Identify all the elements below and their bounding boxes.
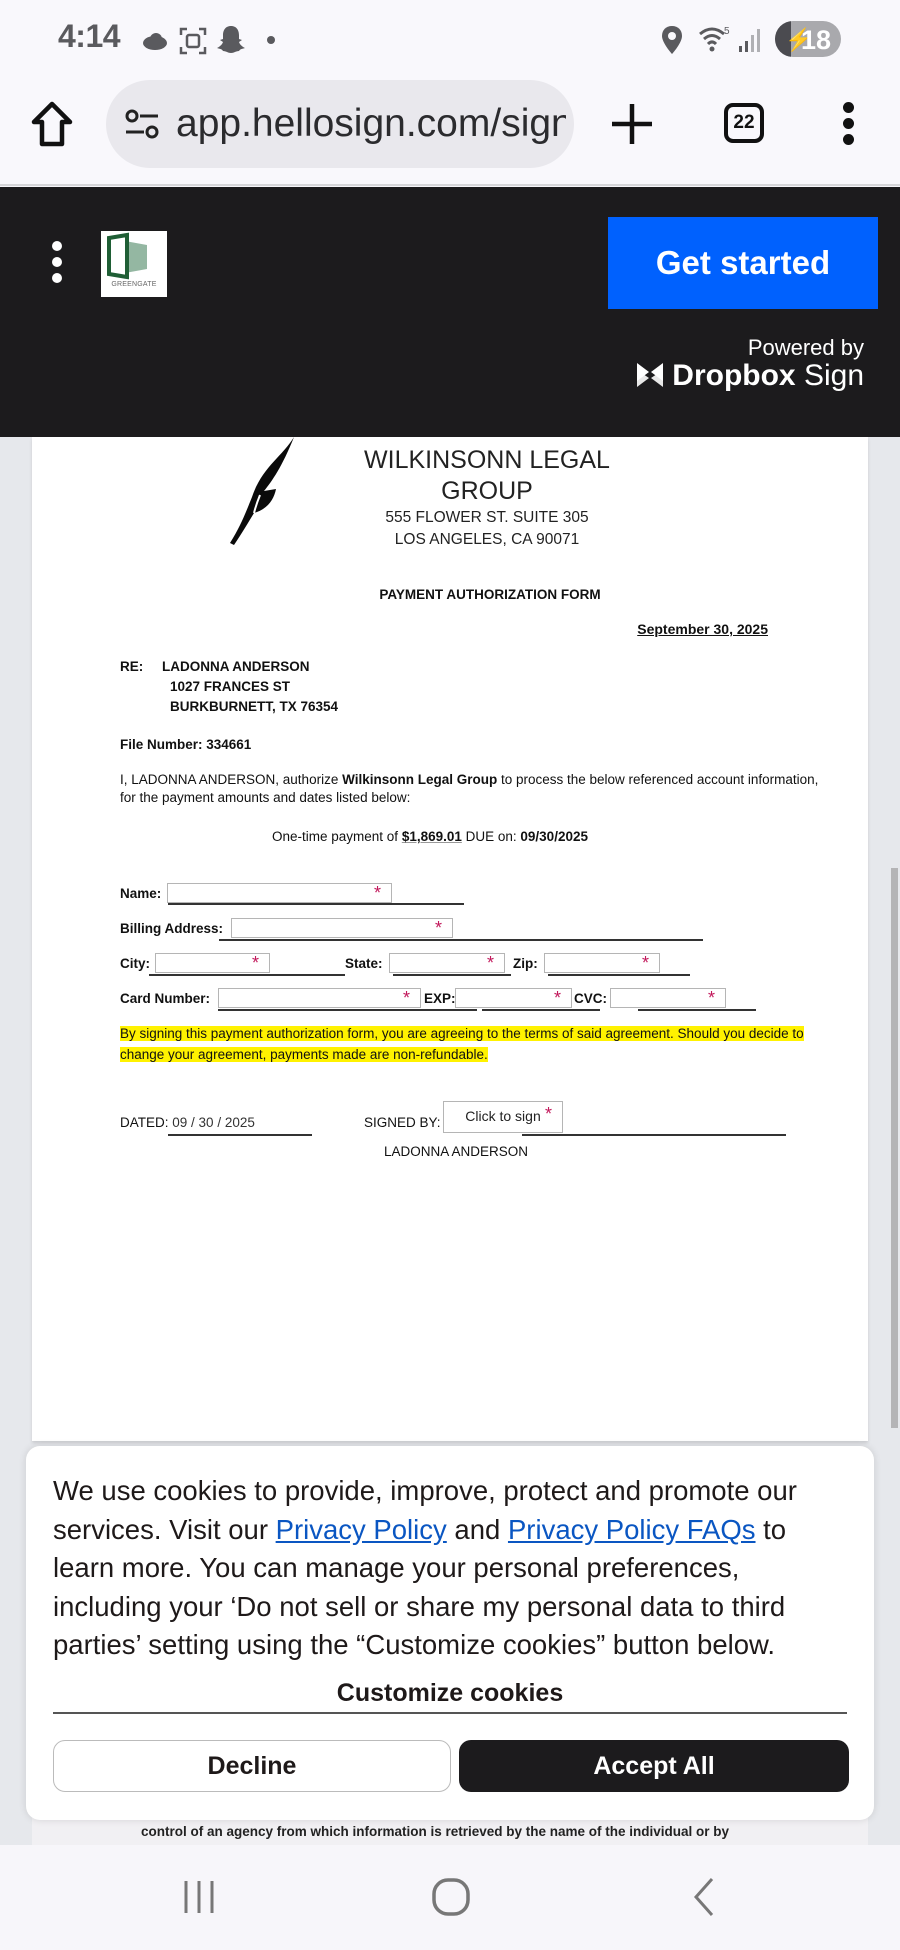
next-page-text: control of an agency from which informat… bbox=[32, 1818, 868, 1845]
document-date: September 30, 2025 bbox=[637, 621, 768, 637]
quill-logo-icon bbox=[212, 437, 322, 547]
city-label: City: bbox=[120, 956, 150, 971]
get-started-button[interactable]: Get started bbox=[608, 217, 878, 309]
signed-by-label: SIGNED BY: bbox=[364, 1115, 441, 1130]
decline-button[interactable]: Decline bbox=[53, 1740, 451, 1792]
status-time: 4:14 bbox=[58, 18, 120, 55]
privacy-faqs-link[interactable]: Privacy Policy FAQs bbox=[508, 1514, 756, 1545]
recent-apps-icon[interactable] bbox=[180, 1877, 220, 1917]
exp-label: EXP: bbox=[424, 991, 456, 1006]
firm-address: 555 FLOWER ST. SUITE 305 LOS ANGELES, CA… bbox=[322, 507, 652, 551]
home-icon[interactable] bbox=[30, 100, 74, 150]
snapchat-icon bbox=[216, 24, 246, 56]
zip-field[interactable]: * bbox=[544, 953, 660, 973]
company-logo: GREENGATE bbox=[101, 231, 167, 297]
accept-all-button[interactable]: Accept All bbox=[459, 1740, 849, 1792]
form-title: PAYMENT AUTHORIZATION FORM bbox=[32, 587, 868, 602]
cvc-field[interactable]: * bbox=[610, 988, 726, 1008]
dropbox-sign-icon bbox=[636, 362, 664, 388]
name-field[interactable]: * bbox=[167, 883, 392, 903]
site-settings-icon[interactable] bbox=[124, 108, 164, 142]
authorization-text: I, LADONNA ANDERSON, authorize Wilkinson… bbox=[120, 771, 820, 807]
dated-value: 09 / 30 / 2025 bbox=[172, 1115, 255, 1130]
city-field[interactable]: * bbox=[155, 953, 270, 973]
system-nav-bar bbox=[0, 1845, 900, 1950]
app-menu-icon[interactable] bbox=[50, 241, 64, 285]
privacy-policy-link[interactable]: Privacy Policy bbox=[276, 1514, 447, 1545]
billing-address-field[interactable]: * bbox=[231, 918, 453, 938]
document-page: WILKINSONN LEGAL GROUP 555 FLOWER ST. SU… bbox=[32, 437, 868, 1441]
home-nav-icon[interactable] bbox=[430, 1877, 474, 1917]
cookie-message: We use cookies to provide, improve, prot… bbox=[53, 1472, 853, 1665]
payment-terms: One-time payment of $1,869.01 DUE on: 09… bbox=[32, 829, 868, 844]
click-to-sign-button[interactable]: Click to sign* bbox=[443, 1101, 563, 1133]
location-icon bbox=[661, 25, 683, 55]
greengate-logo-icon bbox=[101, 231, 167, 281]
tab-switcher-button[interactable]: 22 bbox=[724, 103, 764, 143]
signal-icon bbox=[738, 25, 764, 53]
state-field[interactable]: * bbox=[389, 953, 505, 973]
signer-name: LADONNA ANDERSON bbox=[384, 1144, 528, 1159]
agreement-notice: By signing this payment authorization fo… bbox=[120, 1023, 830, 1065]
back-icon[interactable] bbox=[688, 1877, 720, 1917]
browser-toolbar: app.hellosign.com/sign 22 bbox=[0, 76, 900, 186]
billing-address-label: Billing Address: bbox=[120, 921, 223, 936]
recipient-block: RE:LADONNA ANDERSON 1027 FRANCES ST BURK… bbox=[120, 657, 338, 717]
name-label: Name: bbox=[120, 886, 161, 901]
cloud-icon bbox=[142, 32, 168, 50]
address-bar[interactable]: app.hellosign.com/sign bbox=[106, 80, 574, 168]
dropbox-sign-brand: Dropbox Sign bbox=[636, 359, 864, 393]
firm-name: WILKINSONN LEGAL GROUP bbox=[322, 445, 652, 507]
screenshot-icon bbox=[178, 26, 208, 56]
card-number-field[interactable]: * bbox=[218, 988, 421, 1008]
file-number: File Number: 334661 bbox=[120, 737, 251, 752]
state-label: State: bbox=[345, 956, 383, 971]
card-number-label: Card Number: bbox=[120, 991, 210, 1006]
cookie-banner: We use cookies to provide, improve, prot… bbox=[26, 1446, 874, 1820]
notification-dot-icon bbox=[267, 36, 275, 44]
exp-field[interactable]: * bbox=[455, 988, 572, 1008]
scrollbar-thumb[interactable] bbox=[891, 868, 898, 1428]
browser-menu-icon[interactable] bbox=[840, 100, 856, 148]
dated-block: DATED: 09 / 30 / 2025 bbox=[120, 1115, 255, 1130]
svg-text:5: 5 bbox=[724, 26, 730, 37]
battery-indicator: ⚡ 18 bbox=[775, 21, 841, 57]
powered-by-label: Powered by bbox=[748, 335, 864, 361]
app-header: GREENGATE Get started Powered by Dropbox… bbox=[0, 187, 900, 437]
status-bar: 4:14 5 ⚡ 18 bbox=[0, 0, 900, 76]
new-tab-icon[interactable] bbox=[608, 100, 656, 148]
wifi-icon: 5 bbox=[698, 24, 732, 52]
url-text[interactable]: app.hellosign.com/sign bbox=[176, 102, 566, 146]
customize-cookies-button[interactable]: Customize cookies bbox=[53, 1674, 847, 1714]
cvc-label: CVC: bbox=[574, 991, 607, 1006]
zip-label: Zip: bbox=[513, 956, 538, 971]
